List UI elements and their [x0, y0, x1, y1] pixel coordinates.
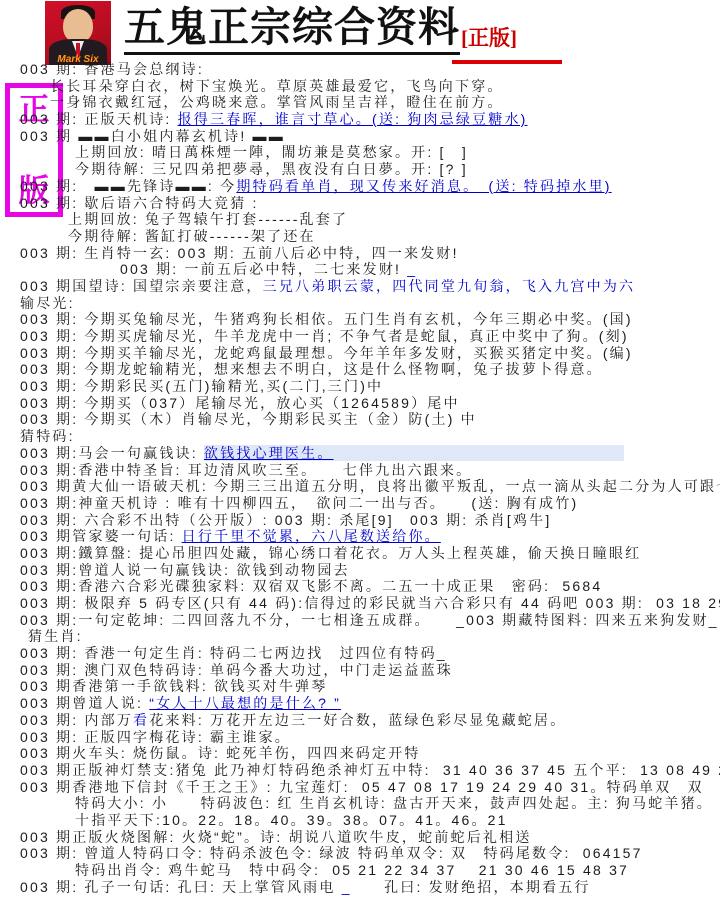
text-line: 003 期:神童天机诗 : 唯有十四柳四五， 欲问二一出与否。 (送: 胸有成竹… [0, 495, 720, 512]
text-segment: 003 期:一句定乾坤: 二四回落九不分，一七相逢五成群。 _003 期藏特图料… [20, 612, 719, 628]
text-line: 003 期: 今期买（木）肖输尽光，今期彩民买主（金）防(土) 中 [0, 411, 720, 428]
text-line: 003 期: 今期买（037）尾输尽光，放心买（1264589）尾中 [0, 395, 720, 412]
edition-badge: [正版] [461, 26, 517, 50]
text-segment: 今期待解: 三兄四弟把夢尋，黑夜没有白日夢。开: [? ] [75, 161, 468, 177]
text-line: 003 期香港第一手欲钱料: 欲钱买对牛弹琴 [0, 678, 720, 695]
text-line: 003 期: 今期买羊输尽光，龙蛇鸡鼠最理想。今年羊年多发财，买猴买猪定中奖。(… [0, 345, 720, 362]
tips-text-body: 003 期: 香港马会总纲诗:长长耳朵穿白衣，树下宝焕光。草原英雄最爱它，飞鸟向… [0, 61, 720, 895]
text-segment: 花来料: 万花开左边三一好合数，蓝绿色彩尽显兔藏蛇居。 [149, 712, 566, 728]
text-segment: 003 期国望诗: 国望宗亲要注意， [20, 278, 263, 294]
text-segment: 003 期:马会一句赢钱诀: [20, 445, 204, 461]
text-segment: 003 期正版神灯禁支:猪兔 此乃神灯特码绝杀神灯五中特: 31 40 36 3… [20, 762, 720, 778]
tip-link[interactable]: 日行千里不觉累，六八尾数送给你。 [182, 528, 511, 544]
text-segment: 孔曰: 发财绝招，本期看五行 [352, 879, 591, 895]
text-segment: 003 期 ▬▬白小姐内幕玄机诗! ▬▬ [20, 128, 285, 144]
text-line: 003 期香港地下信封《千王之王》: 九宝莲灯: 05 47 08 17 19 … [0, 779, 720, 796]
text-line: 003 期管家婆一句话: 日行千里不觉累，六八尾数送给你。 [0, 528, 720, 545]
text-line: 一身锦衣戴红冠，公鸡晓来意。掌管风雨呈吉祥，瞪住在前方。 [0, 94, 720, 111]
text-line: 003 期: 生肖特一玄: 003 期: 五前八后必中特，四一来发财! [0, 245, 720, 262]
text-segment: 003 期: 今期买（037）尾输尽光，放心买（1264589）尾中 [20, 395, 460, 411]
text-segment: 特码出肖令: 鸡牛蛇马 特中码令: 05 21 22 34 37 21 30 4… [75, 862, 629, 878]
text-line: 003 期: 香港一句定生肖: 特码二七两边找 过四位有特码_ [0, 645, 720, 662]
text-segment: 003 期: 内部万 [20, 712, 133, 728]
tip-link[interactable]: 期特码看单肖，现又传来好消息。 (送: 特码掉水里) [236, 178, 720, 194]
text-segment: 003 期曾道人说: [20, 695, 149, 711]
text-line: 003 期:鐵算盤: 提心吊胆四处藏，锦心绣口着花衣。万人头上程英雄，偷天换日瞳… [0, 545, 720, 562]
page-title: 五鬼正宗综合资料 [124, 4, 460, 55]
text-line: 003 期: 内部万看花来料: 万花开左边三一好合数，蓝绿色彩尽显兔藏蛇居。 [0, 712, 720, 729]
text-segment: 上期回放: 兔子驾辕午打套------乱套了 [68, 211, 348, 227]
text-segment: 003 期: 孔子一句话: 孔曰: 天上掌管风雨电 [20, 879, 342, 895]
text-line: 003 期正版神灯禁支:猪兔 此乃神灯特码绝杀神灯五中特: 31 40 36 3… [0, 762, 720, 779]
portrait-face [63, 9, 93, 43]
text-line: 上期回放: 兔子驾辕午打套------乱套了 [0, 211, 720, 228]
text-line: 长长耳朵穿白衣，树下宝焕光。草原英雄最爱它，飞鸟向下穿。 [0, 78, 720, 95]
text-segment: 003 期香港地下信封《千王之王》: 九宝莲灯: 05 47 08 17 19 … [20, 779, 704, 795]
text-line: 今期待解: 三兄四弟把夢尋，黑夜没有白日夢。开: [? ] [0, 161, 720, 178]
text-segment: 003 期:曾道人说一句赢钱诀: 欲钱到动物园去 [20, 562, 350, 578]
text-segment: 003 期: 正版四字梅花诗: 霸主谁家。 [20, 729, 291, 745]
text-segment: _ [342, 879, 352, 895]
tip-link[interactable]: 报得三春晖，谁言寸草心。(送: 狗肉忌绿豆糖水) [178, 111, 658, 127]
title-wrap: 五鬼正宗综合资料[正版] [124, 4, 517, 55]
text-segment: 猜特码: [20, 428, 75, 444]
text-segment: 003 期: 今期买兔输尽光，牛猪鸡狗长相依。五门生肖有玄机，今年三期必中奖。(… [20, 311, 633, 327]
text-segment: 特码大小: 小 特码波色: 红 生肖玄机诗: 盘古开天来，鼓声四处起。主: 狗马… [75, 795, 713, 811]
text-line: 003 期 ▬▬白小姐内幕玄机诗! ▬▬ [0, 128, 720, 145]
text-line: 003 期: 今期龙蛇输精光，想来想去不明白，这是什么怪物啊，兔子拔萝卜得意。 [0, 361, 720, 378]
text-segment: 003 期正版火烧图解: 火烧“蛇”。诗: 胡说八道吹牛皮，蛇前蛇后礼相送 [20, 829, 532, 845]
text-line: 003 期: ▬▬先锋诗▬▬: 今期特码看单肖，现又传来好消息。 (送: 特码掉… [0, 178, 720, 195]
page: { "header": { "title": "五鬼正宗综合资料", "badg… [0, 0, 720, 899]
text-segment: 003 期: 生肖特一玄: 003 期: 五前八后必中特，四一来发财! [20, 245, 459, 261]
text-line: 003 期: 今期买兔输尽光，牛猪鸡狗长相依。五门生肖有玄机，今年三期必中奖。(… [0, 311, 720, 328]
text-line: 003 期:马会一句赢钱诀: 欲钱找心理医生。 [0, 445, 720, 462]
text-line: 今期待解: 酱缸打破------架了还在 [0, 228, 720, 245]
text-segment: 003 期: 香港马会总纲诗: [20, 61, 204, 77]
text-segment: 003 期管家婆一句话: [20, 528, 182, 544]
portrait-photo: Mark Six [45, 1, 111, 65]
text-segment: 003 期黄大仙一语破天机: 今期三三出道五分明，良将出徽平叛乱，一点一滴从头起… [20, 478, 720, 494]
text-segment: 003 期: 歇后语六合特码大竞猜 : [20, 195, 259, 211]
text-segment: 003 期:香港中特圣旨: 耳边清风吹三至。 七伴九出六跟来。 [20, 462, 472, 478]
text-line: 上期回放: 晴日萬株煙一陣，閙坊兼是莫愁家。开: [ ] [0, 144, 720, 161]
text-line: 003 期: 六合彩不出特（公开版）: 003 期: 杀尾[9] 003 期: … [0, 512, 720, 529]
text-segment: _ [407, 261, 417, 277]
text-line: 猜特码: [0, 428, 720, 445]
text-line: 猜生肖: [0, 628, 720, 645]
text-line: 003 期: 今期买虎输尽光，牛羊龙虎中一肖; 不争气者是蛇鼠，真正中奖中了狗。… [0, 328, 720, 345]
text-line: 003 期:香港中特圣旨: 耳边清风吹三至。 七伴九出六跟来。 [0, 462, 720, 479]
text-line: 003 期: 澳门双色特码诗: 单码今番大功过，中门走运益蓝珠 [0, 662, 720, 679]
text-line: 003 期:一句定乾坤: 二四回落九不分，一七相逢五成群。 _003 期藏特图料… [0, 612, 720, 629]
text-line: 003 期: 孔子一句话: 孔曰: 天上掌管风雨电 _ 孔曰: 发财绝招，本期看… [0, 879, 720, 896]
text-segment: 输尽光: [20, 295, 75, 311]
text-line: 003 期曾道人说: “女人十八最想的是什么? ” [0, 695, 720, 712]
text-segment: 003 期:鐵算盤: 提心吊胆四处藏，锦心绣口着花衣。万人头上程英雄，偷天换日瞳… [20, 545, 641, 561]
text-segment: 003 期: 香港一句定生肖: 特码二七两边找 过四位有特码_ [20, 645, 447, 661]
text-segment: 十指平天下:10。22。18。40。39。38。07。41。46。21 [75, 812, 508, 828]
text-line: 003 期: 歇后语六合特码大竞猜 : [0, 195, 720, 212]
text-segment: 003 期: 今期龙蛇输精光，想来想去不明白，这是什么怪物啊，兔子拔萝卜得意。 [20, 361, 603, 377]
text-segment: 003 期: 今期买（木）肖输尽光，今期彩民买主（金）防(土) 中 [20, 411, 477, 427]
text-segment: 003 期: 一前五后必中特，二七来发财! [120, 261, 407, 277]
text-segment: 长长耳朵穿白衣，树下宝焕光。草原英雄最爱它，飞鸟向下穿。 [50, 78, 504, 94]
text-line: 003 期正版火烧图解: 火烧“蛇”。诗: 胡说八道吹牛皮，蛇前蛇后礼相送 [0, 829, 720, 846]
text-segment: 上期回放: 晴日萬株煙一陣，閙坊兼是莫愁家。开: [ ] [75, 144, 468, 160]
text-segment: 003 期: 正版天机诗: [20, 111, 178, 127]
text-segment: 003 期: ▬▬先锋诗▬▬: 今 [20, 178, 236, 194]
text-segment: 今期待解: 酱缸打破------架了还在 [68, 228, 316, 244]
text-line: 003 期火车头: 烧伤鼠。诗: 蛇死羊伤，四四来码定开特 [0, 745, 720, 762]
text-segment: 看 [133, 712, 149, 728]
text-line: 003 期: 一前五后必中特，二七来发财! _ [0, 261, 720, 278]
text-line: 003 期:曾道人说一句赢钱诀: 欲钱到动物园去 [0, 562, 720, 579]
text-segment: 003 期: 六合彩不出特（公开版）: 003 期: 杀尾[9] 003 期: … [20, 512, 551, 528]
text-segment: 三兄八弟职云蒙，四代同堂九旬翁，飞入九宫中为六 [263, 278, 636, 294]
text-segment: 003 期:香港六合彩光碟独家料: 双宿双飞影不离。二五一十成正果 密码: 56… [20, 578, 602, 594]
text-segment: 003 期香港第一手欲钱料: 欲钱买对牛弹琴 [20, 678, 327, 694]
text-line: 003 期: 曾道人特码口令: 特码杀波色令: 绿波 特码单双令: 双 特码尾数… [0, 845, 720, 862]
text-segment: 003 期: 今期彩民买(五门)输精光,买(二门,三门)中 [20, 378, 383, 394]
text-segment: 003 期: 今期买羊输尽光，龙蛇鸡鼠最理想。今年羊年多发财，买猴买猪定中奖。(… [20, 345, 633, 361]
text-segment: 猜生肖: [28, 628, 83, 644]
page-header: Mark Six 五鬼正宗综合资料[正版] [0, 0, 720, 62]
text-segment: 003 期: 极限弃 5 码专区(只有 44 码):信得过的彩民就当六合彩只有 … [20, 595, 720, 611]
text-line: 十指平天下:10。22。18。40。39。38。07。41。46。21 [0, 812, 720, 829]
text-line: 输尽光: [0, 295, 720, 312]
text-line: 003 期: 香港马会总纲诗: [0, 61, 720, 78]
text-line: 003 期: 正版四字梅花诗: 霸主谁家。 [0, 729, 720, 746]
text-line: 003 期: 正版天机诗: 报得三春晖，谁言寸草心。(送: 狗肉忌绿豆糖水) [0, 111, 720, 128]
text-line: 003 期黄大仙一语破天机: 今期三三出道五分明，良将出徽平叛乱，一点一滴从头起… [0, 478, 720, 495]
text-segment: 003 期: 曾道人特码口令: 特码杀波色令: 绿波 特码单双令: 双 特码尾数… [20, 845, 643, 861]
tip-link[interactable]: “女人十八最想的是什么? ” [149, 695, 341, 711]
text-segment: 003 期:神童天机诗 : 唯有十四柳四五， 欲问二一出与否。 (送: 胸有成竹… [20, 495, 578, 511]
text-line: 003 期国望诗: 国望宗亲要注意，三兄八弟职云蒙，四代同堂九旬翁，飞入九宫中为… [0, 278, 720, 295]
text-line: 特码大小: 小 特码波色: 红 生肖玄机诗: 盘古开天来，鼓声四处起。主: 狗马… [0, 795, 720, 812]
tip-link[interactable]: 欲钱找心理医生。 [204, 445, 624, 461]
text-line: 003 期:香港六合彩光碟独家料: 双宿双飞影不离。二五一十成正果 密码: 56… [0, 578, 720, 595]
text-line: 003 期: 极限弃 5 码专区(只有 44 码):信得过的彩民就当六合彩只有 … [0, 595, 720, 612]
text-segment: 003 期火车头: 烧伤鼠。诗: 蛇死羊伤，四四来码定开特 [20, 745, 421, 761]
text-line: 特码出肖令: 鸡牛蛇马 特中码令: 05 21 22 34 37 21 30 4… [0, 862, 720, 879]
text-segment: 003 期: 澳门双色特码诗: 单码今番大功过，中门走运益蓝珠 [20, 662, 453, 678]
text-segment: 一身锦衣戴红冠，公鸡晓来意。掌管风雨呈吉祥，瞪住在前方。 [50, 94, 504, 110]
text-line: 003 期: 今期彩民买(五门)输精光,买(二门,三门)中 [0, 378, 720, 395]
text-segment: 003 期: 今期买虎输尽光，牛羊龙虎中一肖; 不争气者是蛇鼠，真正中奖中了狗。… [20, 328, 629, 344]
